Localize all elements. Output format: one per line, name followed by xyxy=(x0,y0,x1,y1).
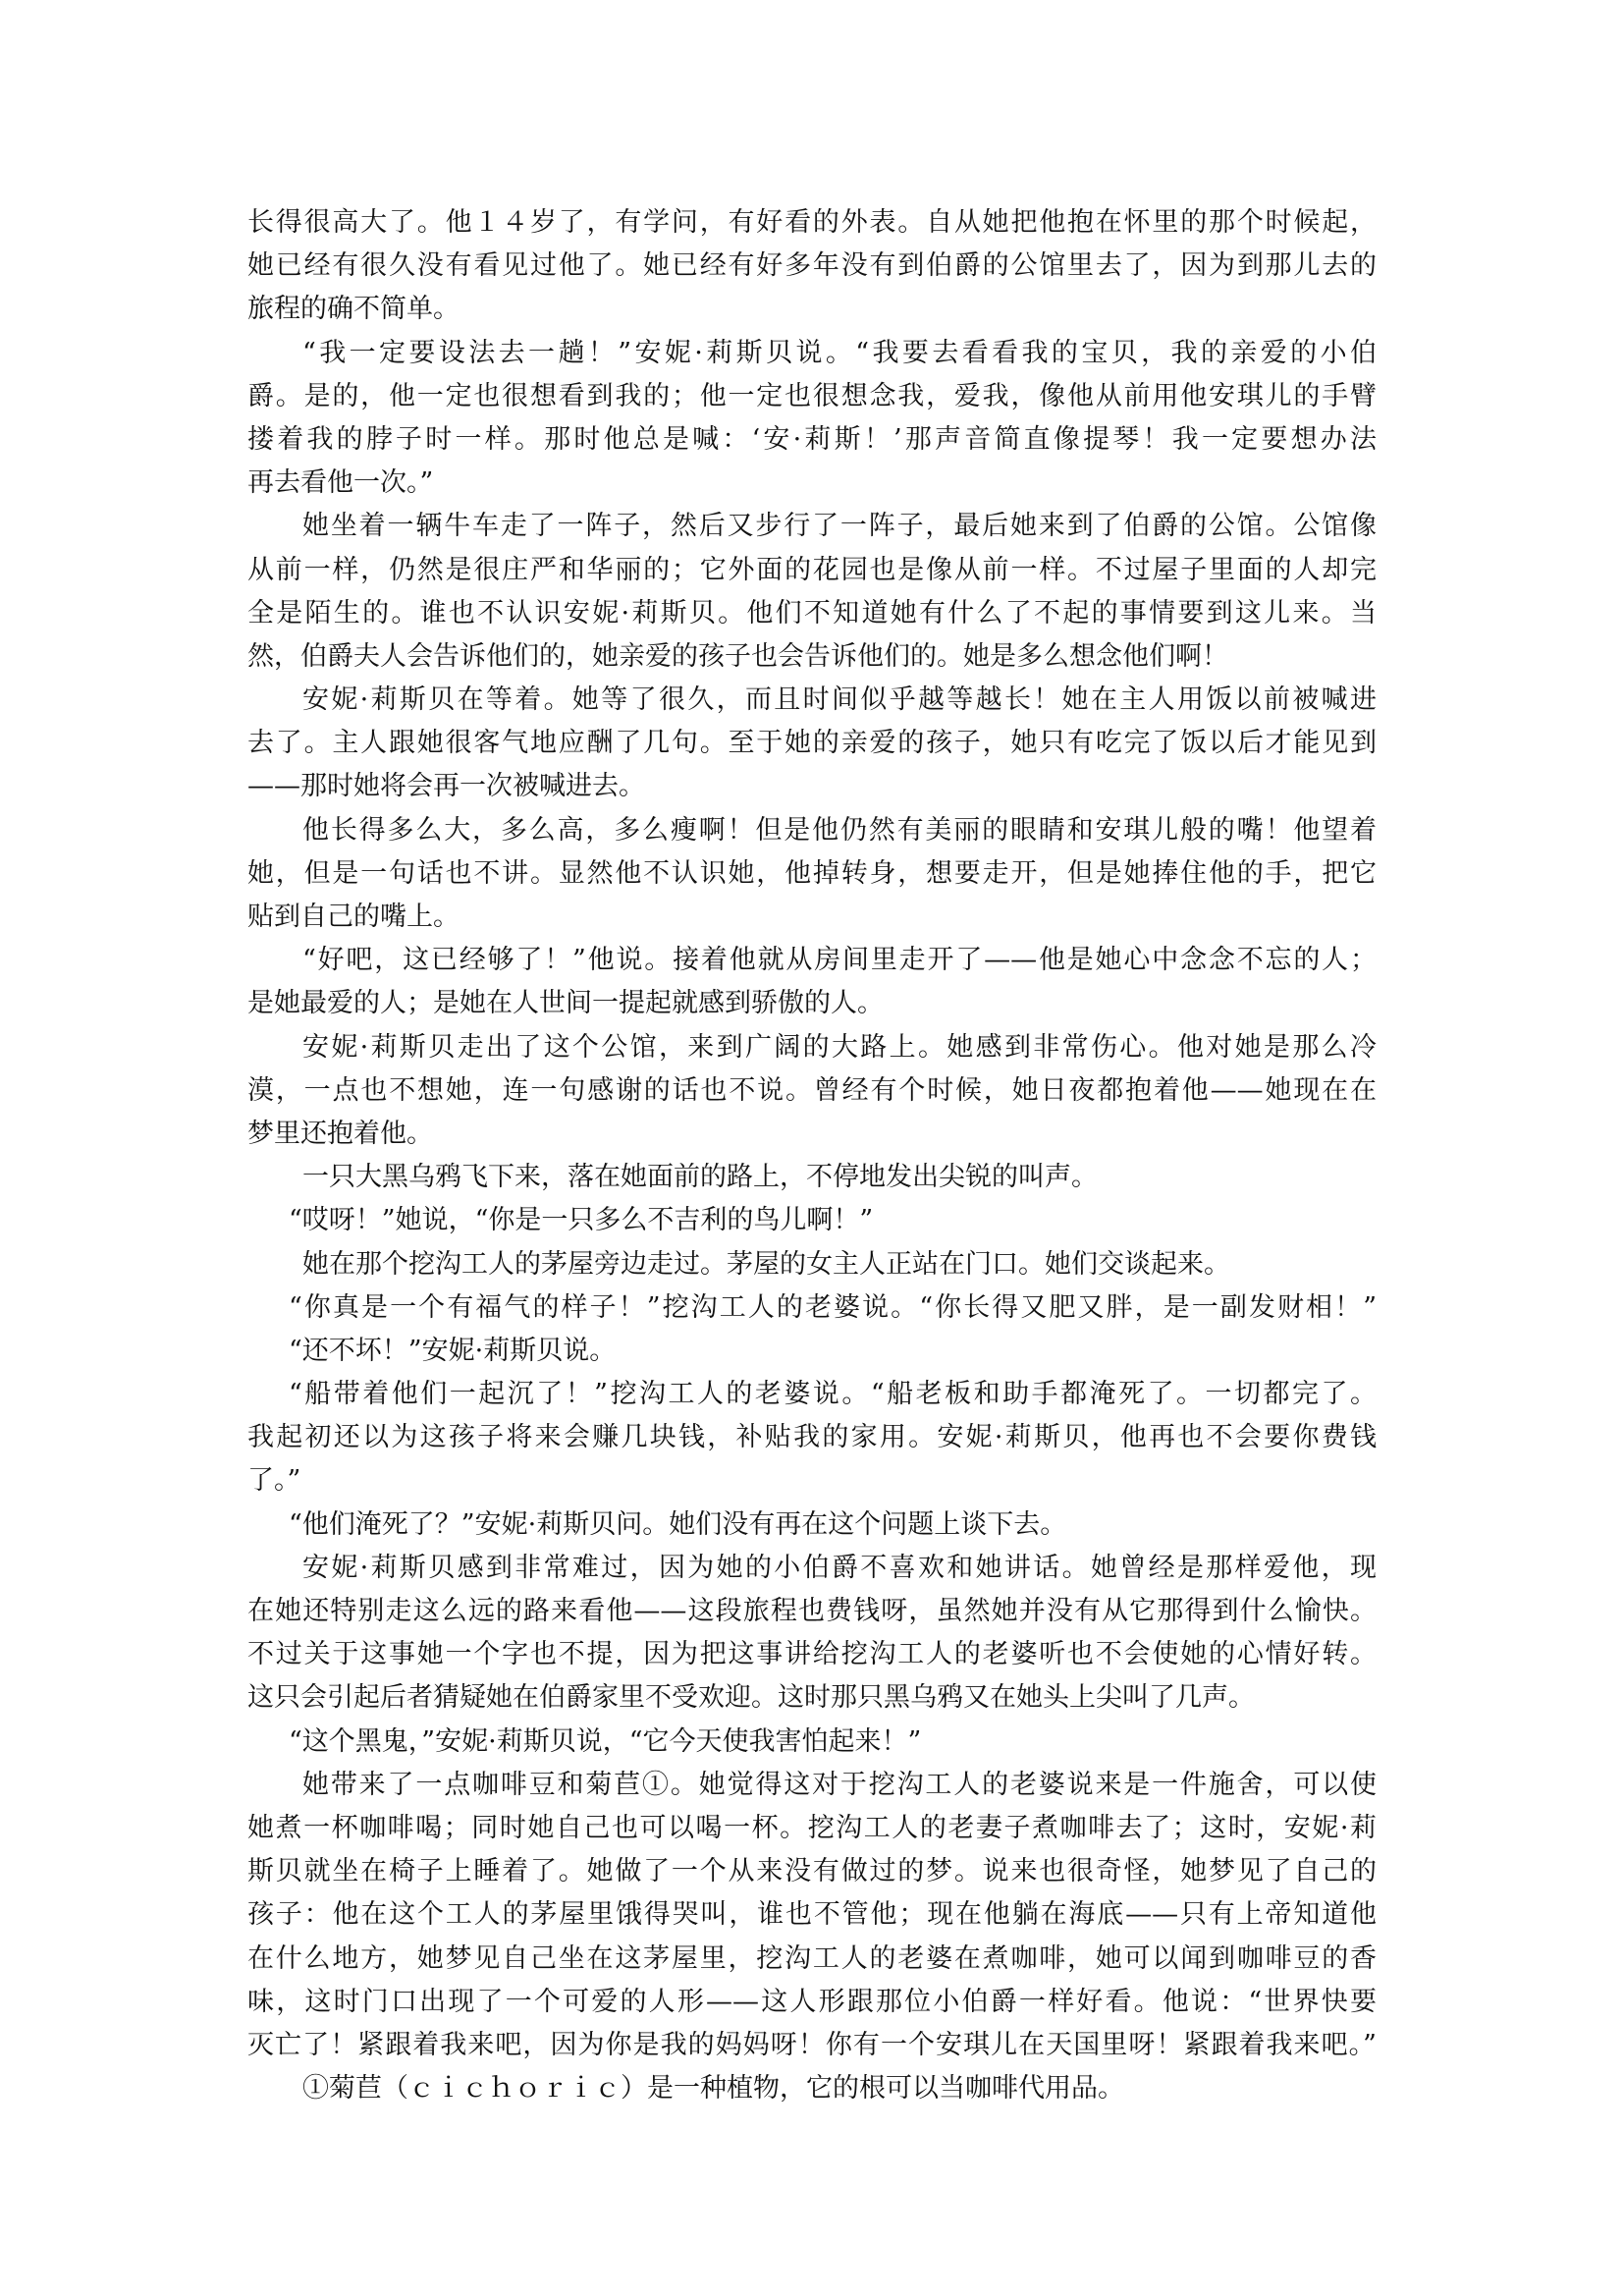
text-line: 在什么地方，她梦见自己坐在这茅屋里，挖沟工人的老婆在煮咖啡，她可以闻到咖啡豆的香 xyxy=(247,1938,1377,1981)
text-line: 味，这时门口出现了一个可爱的人形——这人形跟那位小伯爵一样好看。他说：“世界快要 xyxy=(247,1981,1377,2024)
text-line: 再去看他一次。” xyxy=(247,462,1377,505)
text-line: “这个黑鬼，”安妮·莉斯贝说，“它今天使我害怕起来！” xyxy=(247,1721,1377,1764)
text-line: 在她还特别走这么远的路来看他——这段旅程也费钱呀，虽然她并没有从它那得到什么愉快… xyxy=(247,1590,1377,1633)
text-line: 我起初还以为这孩子将来会赚几块钱，补贴我的家用。安妮·莉斯贝，他再也不会要你费钱 xyxy=(247,1416,1377,1459)
text-line: 从前一样，仍然是很庄严和华丽的；它外面的花园也是像从前一样。不过屋子里面的人却完 xyxy=(247,549,1377,592)
text-line: “我一定要设法去一趟！”安妮·莉斯贝说。“我要去看看我的宝贝，我的亲爱的小伯 xyxy=(247,332,1377,375)
text-line: 灭亡了！紧跟着我来吧，因为你是我的妈妈呀！你有一个安琪儿在天国里呀！紧跟着我来吧… xyxy=(247,2024,1377,2067)
text-line: ——那时她将会再一次被喊进去。 xyxy=(247,765,1377,808)
text-line: 她带来了一点咖啡豆和菊苣①。她觉得这对于挖沟工人的老婆说来是一件施舍，可以使 xyxy=(247,1764,1377,1807)
text-line: “好吧，这已经够了！”他说。接着他就从房间里走开了——他是她心中念念不忘的人； xyxy=(247,939,1377,982)
document-page: 长得很高大了。他１４岁了，有学问，有好看的外表。自从她把他抱在怀里的那个时候起，… xyxy=(247,201,1377,2110)
text-line: “哎呀！”她说，“你是一只多么不吉利的鸟儿啊！” xyxy=(247,1199,1377,1242)
text-line: 安妮·莉斯贝感到非常难过，因为她的小伯爵不喜欢和她讲话。她曾经是那样爱他，现 xyxy=(247,1547,1377,1590)
text-line: 她在那个挖沟工人的茅屋旁边走过。茅屋的女主人正站在门口。她们交谈起来。 xyxy=(247,1243,1377,1286)
text-line: 她，但是一句话也不讲。显然他不认识她，他掉转身，想要走开，但是她捧住他的手，把它 xyxy=(247,852,1377,896)
text-line: 旅程的确不简单。 xyxy=(247,288,1377,331)
text-line: 然，伯爵夫人会告诉他们的，她亲爱的孩子也会告诉他们的。她是多么想念他们啊！ xyxy=(247,635,1377,679)
text-line: 全是陌生的。谁也不认识安妮·莉斯贝。他们不知道她有什么了不起的事情要到这儿来。当 xyxy=(247,592,1377,635)
text-line: 长得很高大了。他１４岁了，有学问，有好看的外表。自从她把他抱在怀里的那个时候起， xyxy=(247,201,1377,245)
text-line: 她已经有很久没有看见过他了。她已经有好多年没有到伯爵的公馆里去了，因为到那儿去的 xyxy=(247,245,1377,288)
text-line: 这只会引起后者猜疑她在伯爵家里不受欢迎。这时那只黑乌鸦又在她头上尖叫了几声。 xyxy=(247,1676,1377,1720)
text-line: 斯贝就坐在椅子上睡着了。她做了一个从来没有做过的梦。说来也很奇怪，她梦见了自己的 xyxy=(247,1850,1377,1893)
text-line: 安妮·莉斯贝走出了这个公馆，来到广阔的大路上。她感到非常伤心。他对她是那么冷 xyxy=(247,1026,1377,1069)
text-line: 了。” xyxy=(247,1459,1377,1503)
text-line: 贴到自己的嘴上。 xyxy=(247,896,1377,939)
text-line: 搂着我的脖子时一样。那时他总是喊：‘安·莉斯！’那声音简直像提琴！我一定要想办法 xyxy=(247,418,1377,462)
text-line: 她煮一杯咖啡喝；同时她自己也可以喝一杯。挖沟工人的老妻子煮咖啡去了；这时，安妮·… xyxy=(247,1807,1377,1850)
text-line: 他长得多么大，多么高，多么瘦啊！但是他仍然有美丽的眼睛和安琪儿般的嘴！他望着 xyxy=(247,809,1377,852)
text-line: “船带着他们一起沉了！”挖沟工人的老婆说。“船老板和助手都淹死了。一切都完了。 xyxy=(247,1373,1377,1416)
text-line: “他们淹死了？”安妮·莉斯贝问。她们没有再在这个问题上谈下去。 xyxy=(247,1503,1377,1547)
text-line: 爵。是的，他一定也很想看到我的；他一定也很想念我，爱我，像他从前用他安琪儿的手臂 xyxy=(247,375,1377,418)
text-line: 去了。主人跟她很客气地应酬了几句。至于她的亲爱的孩子，她只有吃完了饭以后才能见到 xyxy=(247,722,1377,765)
text-line: 梦里还抱着他。 xyxy=(247,1113,1377,1156)
text-line: “你真是一个有福气的样子！”挖沟工人的老婆说。“你长得又肥又胖，是一副发财相！” xyxy=(247,1286,1377,1330)
text-line: ①菊苣（ｃｉｃｈｏｒｉｃ）是一种植物，它的根可以当咖啡代用品。 xyxy=(247,2067,1377,2110)
text-line: 一只大黑乌鸦飞下来，落在她面前的路上，不停地发出尖锐的叫声。 xyxy=(247,1156,1377,1199)
text-line: 孩子：他在这个工人的茅屋里饿得哭叫，谁也不管他；现在他躺在海底——只有上帝知道他 xyxy=(247,1893,1377,1937)
text-line: 不过关于这事她一个字也不提，因为把这事讲给挖沟工人的老婆听也不会使她的心情好转。 xyxy=(247,1633,1377,1676)
text-line: 她坐着一辆牛车走了一阵子，然后又步行了一阵子，最后她来到了伯爵的公馆。公馆像 xyxy=(247,505,1377,548)
text-line: 安妮·莉斯贝在等着。她等了很久，而且时间似乎越等越长！她在主人用饭以前被喊进 xyxy=(247,679,1377,722)
text-line: 是她最爱的人；是她在人世间一提起就感到骄傲的人。 xyxy=(247,982,1377,1025)
text-line: “还不坏！”安妮·莉斯贝说。 xyxy=(247,1330,1377,1373)
text-line: 漠，一点也不想她，连一句感谢的话也不说。曾经有个时候，她日夜都抱着他——她现在在 xyxy=(247,1069,1377,1113)
